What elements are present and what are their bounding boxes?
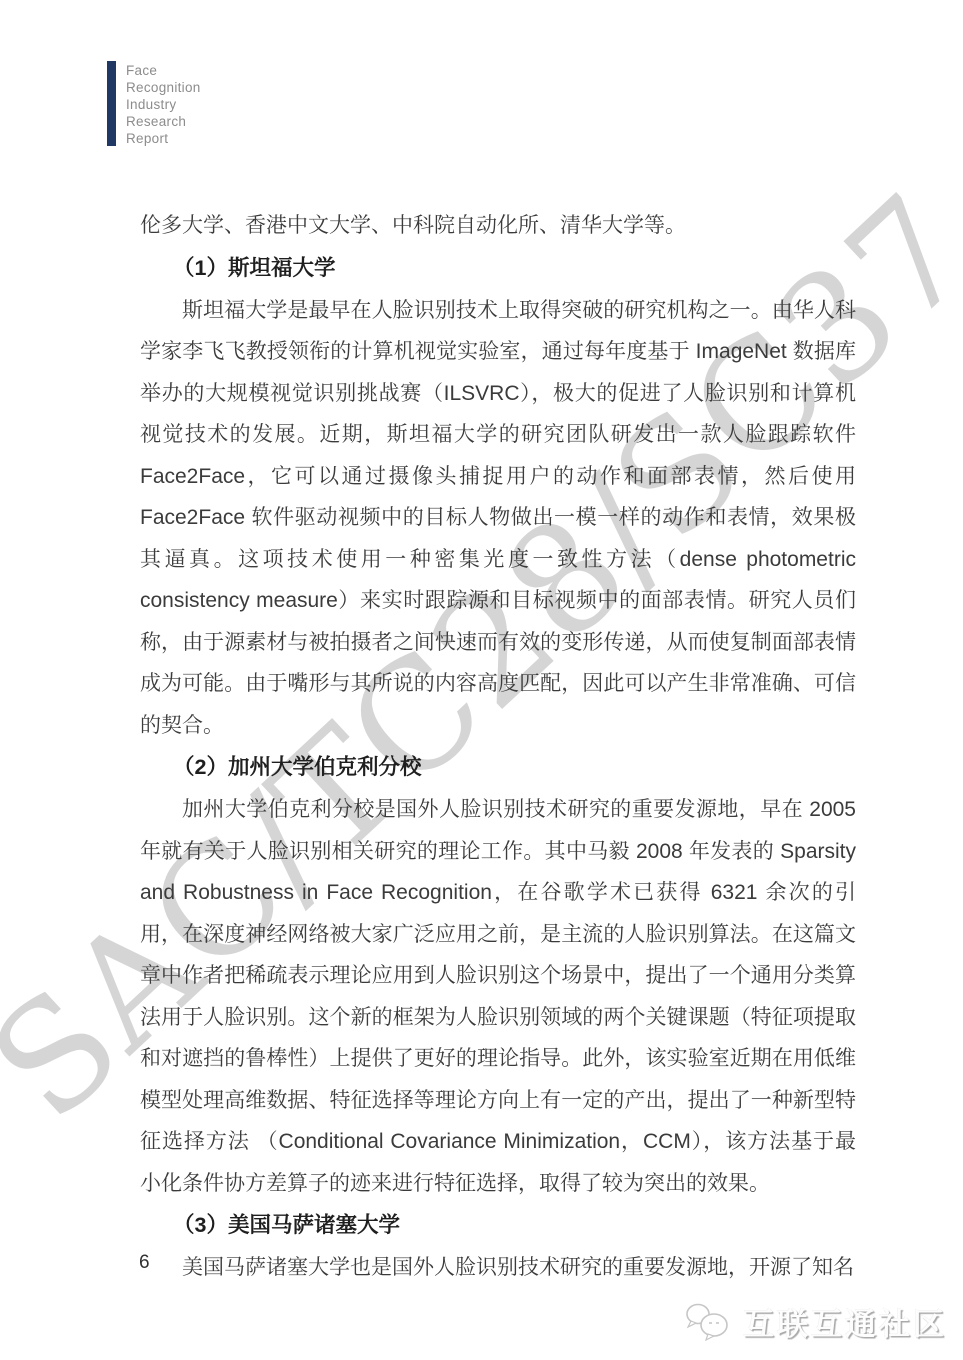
section-paragraph-umass: 美国马萨诸塞大学也是国外人脸识别技术研究的重要发源地，开源了知名 [140,1247,856,1289]
header-accent-bar [107,61,116,146]
section-heading-berkeley: （2）加州大学伯克利分校 [140,746,856,789]
report-title-line: Research [126,113,201,130]
section-heading-stanford: （1）斯坦福大学 [140,247,856,290]
footer-logo: 互联互通社区 [683,1299,947,1344]
report-title-line: Report [126,130,201,147]
section-heading-umass: （3）美国马萨诸塞大学 [140,1204,856,1247]
section-paragraph-berkeley: 加州大学伯克利分校是国外人脸识别技术研究的重要发源地，早在 2005 年就有关于… [140,789,856,1204]
report-title: Face Recognition Industry Research Repor… [126,61,201,147]
chat-bubbles-icon [683,1300,737,1344]
document-body: 伦多大学、香港中文大学、中科院自动化所、清华大学等。 （1）斯坦福大学 斯坦福大… [140,205,856,1289]
report-title-line: Industry [126,96,201,113]
report-title-line: Recognition [126,79,201,96]
page-number: 6 [139,1252,150,1274]
report-title-line: Face [126,62,201,79]
section-paragraph-stanford: 斯坦福大学是最早在人脸识别技术上取得突破的研究机构之一。由华人科学家李飞飞教授领… [140,290,856,747]
document-page: SAC/TC28/SC37 Face Recognition Industry … [0,0,963,1360]
paragraph-continuation: 伦多大学、香港中文大学、中科院自动化所、清华大学等。 [140,205,856,247]
footer-logo-text: 互联互通社区 [743,1299,947,1344]
report-header: Face Recognition Industry Research Repor… [107,61,201,147]
